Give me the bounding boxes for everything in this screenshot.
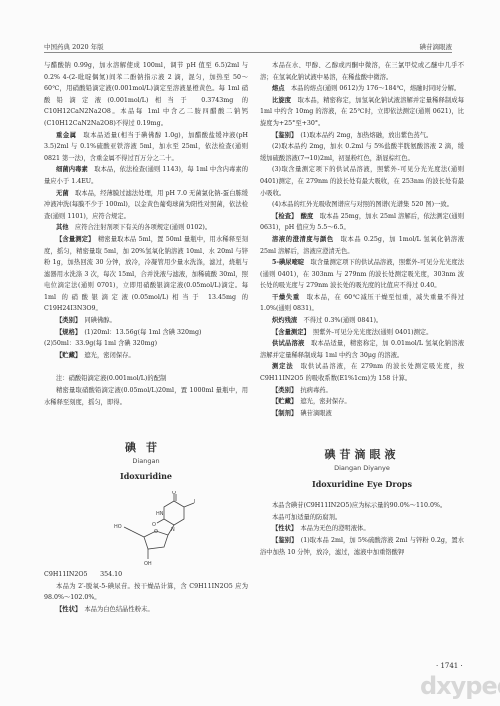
eye-drops-content-limit: 本品含碘苷(C9H11IN2O5)应为标示量的90.0%～110.0%。	[260, 500, 464, 512]
eye-drops-character: 【性状】 本品为无色的澄明液体。	[260, 523, 464, 535]
monograph-title-en: Idoxuridine Eye Drops	[260, 479, 464, 491]
watermark-logo: dxypedia	[420, 672, 500, 700]
sample-solution: 供试品溶液 取本品适量，精密称定，加 0.01mol/L 氢氧化钠溶液溶解并定量…	[260, 338, 464, 361]
molecular-formula-line: C9H11IN2O5 354.10	[44, 569, 248, 581]
identification-2: (2)取本品约 2mg，加水 0.2ml 与 5%盐酸半胱氨酸溶液 2 滴，缓缓…	[260, 141, 464, 164]
storage-section: 【贮藏】 遮光，密封保存。	[260, 396, 464, 408]
note-text: 精密量取硝酸铅滴定液(0.05mol/L)20ml，置 1000ml 量瓶中，用…	[44, 385, 248, 408]
svg-text:HN: HN	[156, 511, 164, 517]
solubility: 本品在水、甲醇、乙醇或丙酮中微溶，在三氯甲烷或乙醚中几乎不溶；在氢氧化钠试液中易…	[260, 60, 464, 83]
eye-drops-identification: 【鉴别】 (1)取本品 2ml，加 5%硫酸溶液 2ml 与锌粉 0.2g，置水…	[260, 535, 464, 558]
monograph-intro: 本品为 2′-脱氧-5-碘尿苷。按干燥品计算，含 C9H11IN2O5 应为 9…	[44, 581, 248, 604]
monograph-title-pinyin: Diangan Diyanye	[260, 463, 464, 475]
spec-item-2: (2)50ml：33.9g(每 1ml 含碘 320mg)	[44, 338, 248, 350]
melting-point: 熔点 本品的熔点(通则 0612)为 176～184℃，熔融时同时分解。	[260, 83, 464, 95]
note-title: 注：硝酸铅滴定液(0.001mol/L)的配制	[44, 373, 248, 385]
assay-section: 【含量测定】 精密量取本品 5ml，置 50ml 量瓶中，用水稀释至刻度，摇匀，…	[44, 234, 248, 315]
page-number: · 1741 ·	[436, 662, 463, 670]
sterility-test: 无菌 取本品，经薄膜过滤法处理，用 pH 7.0 无菌氯化钠-蛋白胨缓冲液冲洗(…	[44, 188, 248, 223]
category-section: 【类别】 抗病毒药。	[260, 385, 464, 397]
monograph-title-en: Idoxuridine	[44, 471, 248, 483]
acidity-test: 【检查】 酸度 取本品 25mg，加水 25ml 溶解后，依法测定(通则 063…	[260, 211, 464, 234]
endotoxin-test: 细菌内毒素 取本品，依法检查(通则 1143)，每 1ml 中含内毒素的量应小于…	[44, 164, 248, 187]
heavy-metal-test: 重金属 取本品适量(相当于碘佛醇 1.0g)，加醋酸盐缓冲液(pH 3.5)2m…	[44, 130, 248, 165]
svg-text:I: I	[194, 499, 195, 505]
svg-text:N: N	[171, 527, 175, 533]
specific-rotation: 比旋度 取本品，精密称定，加氢氧化钠试液溶解并定量稀释制成每 1ml 中约含 1…	[260, 95, 464, 130]
eye-drops-preservative: 本品可加适量的防腐剂。	[260, 512, 464, 524]
left-column: 与醋酸钠 0.99g，加水溶解使成 100ml，调节 pH 值至 6.5)2ml…	[44, 60, 248, 615]
spec-section: 【规格】 (1)20ml：13.56g(每 1ml 含碘 320mg)	[44, 327, 248, 339]
running-header: 中国药典 2020 年版 碘苷滴眼液	[44, 40, 452, 53]
svg-text:HO: HO	[114, 524, 122, 530]
header-book-title: 中国药典 2020 年版	[44, 42, 104, 51]
category-section: 【类别】 同碘佛醇。	[44, 315, 248, 327]
header-section-title: 碘苷滴眼液	[420, 42, 453, 51]
monograph-title-cn: 碘苷滴眼液	[260, 449, 464, 461]
character-section: 【性状】 本品为白色结晶性粉末。	[44, 604, 248, 616]
identification-3: (3)取含量测定项下的供试品溶液，照紫外-可见分光光度法(通则 0401)测定，…	[260, 164, 464, 199]
other-test: 其他 应符合注射剂项下有关的各项规定(通则 0102)。	[44, 222, 248, 234]
identification-1: 【鉴别】 (1)取本品约 2mg，加热熔融，放出紫色蒸气。	[260, 130, 464, 142]
right-column: 本品在水、甲醇、乙醇或丙酮中微溶，在三氯甲烷或乙醚中几乎不溶；在氢氧化钠试液中易…	[260, 60, 464, 558]
storage-section: 【贮藏】 遮光，密闭保存。	[44, 350, 248, 362]
svg-text:O: O	[152, 522, 156, 528]
chemical-structure-idoxuridine: O HN O N I HO O OH	[86, 491, 206, 569]
loss-on-drying: 干燥失重 取本品，在 60℃减压干燥至恒重，减失重量不得过 1.0%(通则 08…	[260, 292, 464, 315]
monograph-title-pinyin: Diangan	[44, 456, 248, 468]
atom-label: O	[172, 491, 176, 496]
clarity-test: 溶液的澄清度与颜色 取本品 0.25g，加 1mol/L 氢氧化钠溶液 25ml…	[260, 234, 464, 257]
monograph-header-eye-drops: 碘苷滴眼液 Diangan Diyanye Idoxuridine Eye Dr…	[260, 449, 464, 490]
assay-section: 【含量测定】 照紫外-可见分光光度法(通则 0401)测定。	[260, 327, 464, 339]
monograph-title-cn: 碘苷	[44, 442, 248, 454]
iodouracil-test: 5-碘尿嘧啶 取含量测定项下的供试品溶液，照紫外-可见分光光度法(通则 0401…	[260, 257, 464, 292]
paragraph-edta-limit: 与醋酸钠 0.99g，加水溶解使成 100ml，调节 pH 值至 6.5)2ml…	[44, 60, 248, 130]
monograph-header-idoxuridine: 碘苷 Diangan Idoxuridine	[44, 442, 248, 483]
svg-text:O: O	[154, 529, 158, 535]
residue-on-ignition: 炽灼残渣 不得过 0.3%(通则 0841)。	[260, 315, 464, 327]
preparation-section: 【制剂】 碘苷滴眼液	[260, 408, 464, 420]
svg-text:OH: OH	[144, 561, 152, 567]
identification-4: (4)本品的红外光吸收图谱应与对照的图谱(光谱集 520 图)一致。	[260, 199, 464, 211]
assay-method: 测定法 取供试品溶液，在 279nm 的波长处测定吸光度，按 C9H11IN2O…	[260, 361, 464, 384]
